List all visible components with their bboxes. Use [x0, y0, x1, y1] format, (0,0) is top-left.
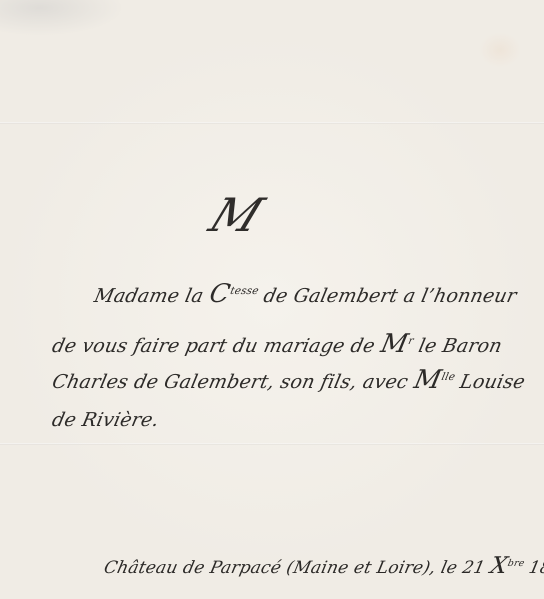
- line3-rest: Louise: [452, 371, 527, 393]
- year-text: 1852.: [521, 558, 544, 578]
- line2-start: de vous faire part du mariage de: [50, 335, 383, 357]
- place-and-date: Château de Parpacé (Maine et Loire), le …: [102, 555, 544, 578]
- paper-fold-line-bottom: [0, 443, 544, 445]
- line3-start: Charles de Galembert, son fils, avec: [50, 371, 416, 393]
- salutation: M: [202, 188, 271, 242]
- line4-text: de Rivière.: [50, 409, 161, 431]
- body-line-2: de vous faire part du mariage de Mr le B…: [50, 332, 505, 358]
- announcement-page: M Madame la Ctesse de Galembert a l’honn…: [0, 0, 544, 599]
- line1-rest: de Galembert a l’honneur: [255, 285, 518, 307]
- line2-rest: le Baron: [410, 335, 504, 357]
- body-line-3: Charles de Galembert, son fils, avec Mll…: [50, 368, 528, 394]
- countess-abbrev-sup: tesse: [229, 285, 260, 297]
- monsieur-abbrev: M: [378, 329, 411, 359]
- body-line-1: Madame la Ctesse de Galembert a l’honneu…: [92, 282, 519, 308]
- place-text: Château de Parpacé (Maine et Loire), le …: [102, 558, 492, 578]
- mademoiselle-abbrev: M: [411, 365, 444, 395]
- body-line-4: de Rivière.: [50, 409, 161, 431]
- paper-fold-line-top: [0, 122, 544, 124]
- line1-start: Madame la: [92, 285, 212, 307]
